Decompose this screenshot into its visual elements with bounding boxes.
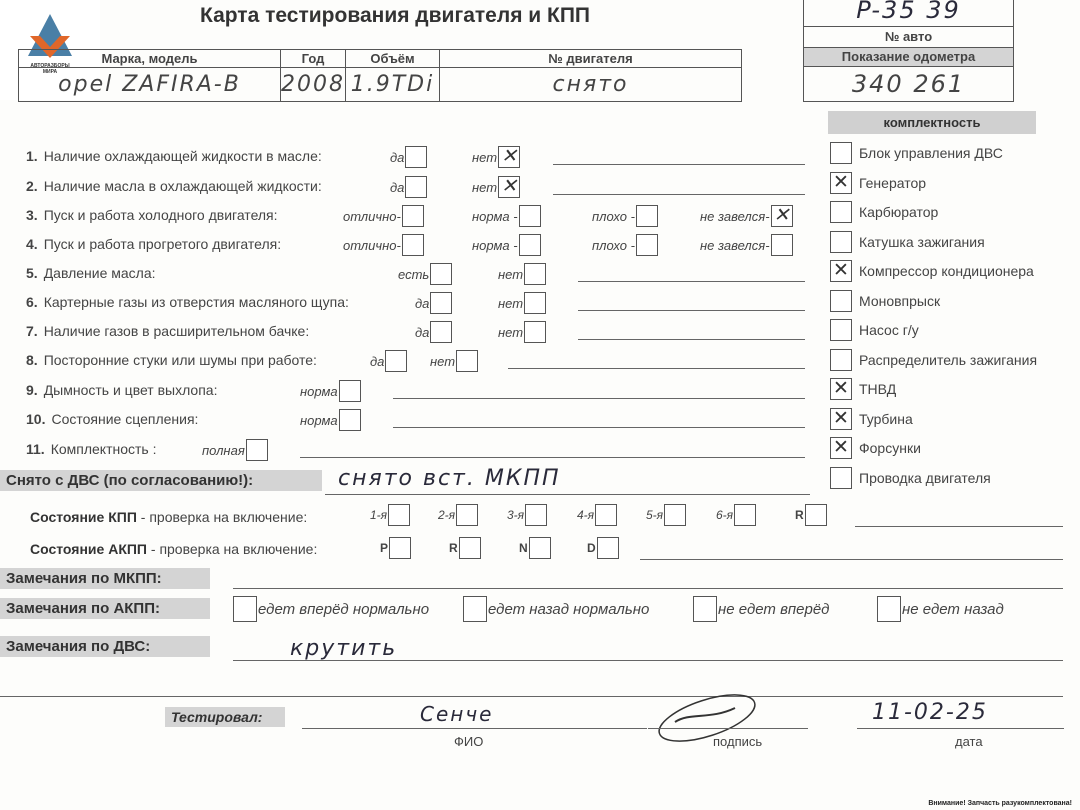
question-text: Состояние сцепления: xyxy=(51,411,198,427)
completeness-item: Распределитель зажигания xyxy=(830,349,1037,371)
akpp-remark-label: едет вперёд нормально xyxy=(258,601,429,618)
option-checkbox[interactable] xyxy=(339,409,361,431)
option-label: да xyxy=(390,180,404,195)
option-label: да xyxy=(370,354,384,369)
gear-label: 5-я xyxy=(646,508,663,522)
completeness-item: ТНВД xyxy=(830,378,896,400)
notes-line[interactable] xyxy=(578,339,805,340)
notes-line[interactable] xyxy=(393,398,805,399)
dvs-remarks-label: Замечания по ДВС: xyxy=(0,636,210,657)
question-number: 10. xyxy=(26,411,45,427)
question-7-option: да xyxy=(415,321,452,343)
option-checkbox[interactable] xyxy=(771,205,793,227)
completeness-item: Турбина xyxy=(830,408,913,430)
question-6: 6.Картерные газы из отверстия масляного … xyxy=(26,294,349,310)
gear-label: R xyxy=(449,541,458,555)
option-checkbox[interactable] xyxy=(339,380,361,402)
question-9-option: норма xyxy=(300,380,361,402)
completeness-checkbox[interactable] xyxy=(830,467,852,489)
kpp-gear-option: 4-я xyxy=(577,504,617,526)
option-label: да xyxy=(390,150,404,165)
akpp-gear-option: N xyxy=(519,537,551,559)
date-caption: дата xyxy=(955,734,983,749)
question-3-option: плохо - xyxy=(592,205,658,227)
page-title: Карта тестирования двигателя и КПП xyxy=(200,4,590,28)
completeness-checkbox[interactable] xyxy=(830,437,852,459)
kpp-gear-option: 5-я xyxy=(646,504,686,526)
question-4-option: не завелся- xyxy=(700,234,793,256)
option-checkbox[interactable] xyxy=(636,234,658,256)
car-number-label: № авто xyxy=(804,26,1013,47)
notes-line[interactable] xyxy=(553,194,805,195)
option-checkbox[interactable] xyxy=(524,292,546,314)
gear-checkbox[interactable] xyxy=(805,504,827,526)
akpp-remark-option: не едет назад xyxy=(877,596,1004,622)
completeness-label: Распределитель зажигания xyxy=(859,352,1037,368)
completeness-checkbox[interactable] xyxy=(830,142,852,164)
question-5: 5.Давление масла: xyxy=(26,265,156,281)
question-text: Наличие охлаждающей жидкости в масле: xyxy=(44,148,322,164)
gear-label: 2-я xyxy=(438,508,455,522)
option-checkbox[interactable] xyxy=(246,439,268,461)
completeness-checkbox[interactable] xyxy=(830,172,852,194)
kpp-gear-option: 3-я xyxy=(507,504,547,526)
question-text: Пуск и работа прогретого двигателя: xyxy=(44,236,281,252)
model-field[interactable]: opel ZAFIRA-B xyxy=(19,68,281,102)
gear-checkbox[interactable] xyxy=(388,504,410,526)
question-4-option: норма - xyxy=(472,234,541,256)
akpp-remark-checkbox[interactable] xyxy=(877,596,901,622)
question-1-option: да xyxy=(390,146,427,168)
completeness-item: Моновпрыск xyxy=(830,290,940,312)
option-label: норма - xyxy=(472,238,518,253)
question-2-option: нет xyxy=(472,176,520,198)
option-label: норма - xyxy=(472,209,518,224)
akpp-label: Состояние АКПП - проверка на включение: xyxy=(30,541,317,557)
option-checkbox[interactable] xyxy=(456,350,478,372)
completeness-checkbox[interactable] xyxy=(830,290,852,312)
gear-checkbox[interactable] xyxy=(389,537,411,559)
option-label: плохо - xyxy=(592,238,635,253)
completeness-label: ТНВД xyxy=(859,381,896,397)
completeness-label: Проводка двигателя xyxy=(859,470,991,486)
option-label: норма xyxy=(300,413,338,428)
completeness-label: Форсунки xyxy=(859,440,921,456)
question-number: 9. xyxy=(26,382,38,398)
akpp-remarks-label: Замечания по АКПП: xyxy=(0,598,210,619)
tested-by-label: Тестировал: xyxy=(165,707,285,727)
option-checkbox[interactable] xyxy=(405,176,427,198)
completeness-checkbox[interactable] xyxy=(830,319,852,341)
kpp-gear-option: 1-я xyxy=(370,504,410,526)
akpp-remark-option: не едет вперёд xyxy=(693,596,829,622)
mkpp-remarks-label: Замечания по МКПП: xyxy=(0,568,210,589)
completeness-header: комплектность xyxy=(828,111,1036,134)
option-label: нет xyxy=(472,150,497,165)
question-3-option: отлично- xyxy=(343,205,424,227)
question-8: 8.Посторонние стуки или шумы при работе: xyxy=(26,352,317,368)
odometer-label: Показание одометра xyxy=(804,47,1013,66)
gear-label: R xyxy=(795,508,804,522)
dvs-remarks-value[interactable]: крутить xyxy=(290,636,397,661)
option-label: нет xyxy=(472,180,497,195)
option-checkbox[interactable] xyxy=(498,146,520,168)
option-label: не завелся- xyxy=(700,209,770,224)
option-checkbox[interactable] xyxy=(519,234,541,256)
vehicle-info-table: Марка, модель Год Объём № двигателя opel… xyxy=(18,49,742,102)
question-3-option: не завелся- xyxy=(700,205,793,227)
gear-checkbox[interactable] xyxy=(456,504,478,526)
completeness-label: Блок управления ДВС xyxy=(859,145,1003,161)
completeness-item: Проводка двигателя xyxy=(830,467,991,489)
question-10: 10.Состояние сцепления: xyxy=(26,411,198,427)
kpp-gear-option: R xyxy=(795,504,827,526)
column-header-engine-number: № двигателя xyxy=(440,50,742,68)
completeness-label: Катушка зажигания xyxy=(859,234,985,250)
option-checkbox[interactable] xyxy=(519,205,541,227)
option-label: нет xyxy=(498,325,523,340)
akpp-remark-option: едет вперёд нормально xyxy=(233,596,429,622)
gear-checkbox[interactable] xyxy=(459,537,481,559)
kpp-gear-option: 2-я xyxy=(438,504,478,526)
gear-label: 3-я xyxy=(507,508,524,522)
completeness-checkbox[interactable] xyxy=(830,408,852,430)
option-checkbox[interactable] xyxy=(405,146,427,168)
question-4-option: отлично- xyxy=(343,234,424,256)
notes-line[interactable] xyxy=(553,164,805,165)
column-header-model: Марка, модель xyxy=(19,50,281,68)
option-checkbox[interactable] xyxy=(498,176,520,198)
question-5-option: нет xyxy=(498,263,546,285)
option-checkbox[interactable] xyxy=(402,205,424,227)
option-label: да xyxy=(415,296,429,311)
gear-checkbox[interactable] xyxy=(597,537,619,559)
completeness-label: Турбина xyxy=(859,411,913,427)
completeness-label: Карбюратор xyxy=(859,204,938,220)
completeness-checkbox[interactable] xyxy=(830,231,852,253)
completeness-checkbox[interactable] xyxy=(830,201,852,223)
completeness-item: Карбюратор xyxy=(830,201,938,223)
question-3-option: норма - xyxy=(472,205,541,227)
completeness-label: Моновпрыск xyxy=(859,293,940,309)
option-label: не завелся- xyxy=(700,238,770,253)
akpp-remark-checkbox[interactable] xyxy=(463,596,487,622)
akpp-remark-label: едет назад нормально xyxy=(488,601,649,618)
question-text: Комплектность : xyxy=(51,441,157,457)
question-4: 4.Пуск и работа прогретого двигателя: xyxy=(26,236,281,252)
akpp-gear-option: P xyxy=(380,537,411,559)
gear-label: 1-я xyxy=(370,508,387,522)
name-caption: ФИО xyxy=(454,734,483,749)
question-1: 1.Наличие охлаждающей жидкости в масле: xyxy=(26,148,322,164)
notes-line[interactable] xyxy=(578,281,805,282)
question-number: 3. xyxy=(26,207,38,223)
akpp-gear-option: D xyxy=(587,537,619,559)
completeness-checkbox[interactable] xyxy=(830,378,852,400)
option-label: отлично- xyxy=(343,238,401,253)
question-text: Давление масла: xyxy=(44,265,156,281)
signature-caption: подпись xyxy=(713,734,762,749)
gear-label: D xyxy=(587,541,596,555)
option-label: нет xyxy=(430,354,455,369)
question-2-option: да xyxy=(390,176,427,198)
question-number: 4. xyxy=(26,236,38,252)
completeness-checkbox[interactable] xyxy=(830,260,852,282)
notes-line[interactable] xyxy=(508,368,805,369)
tester-name-field[interactable]: Сенче xyxy=(420,702,493,726)
completeness-item: Насос г/у xyxy=(830,319,919,341)
question-text: Дымность и цвет выхлопа: xyxy=(44,382,218,398)
completeness-label: Насос г/у xyxy=(859,322,919,338)
completeness-item: Компрессор кондиционера xyxy=(830,260,1034,282)
gear-checkbox[interactable] xyxy=(525,504,547,526)
question-number: 1. xyxy=(26,148,38,164)
option-label: норма xyxy=(300,384,338,399)
gear-checkbox[interactable] xyxy=(664,504,686,526)
option-checkbox[interactable] xyxy=(430,292,452,314)
option-checkbox[interactable] xyxy=(430,321,452,343)
column-header-year: Год xyxy=(281,50,346,68)
akpp-remark-checkbox[interactable] xyxy=(233,596,257,622)
car-info-box: P-35 39 № авто Показание одометра 340 26… xyxy=(803,0,1014,102)
question-11: 11.Комплектность : xyxy=(26,441,157,457)
option-checkbox[interactable] xyxy=(430,263,452,285)
option-checkbox[interactable] xyxy=(636,205,658,227)
option-checkbox[interactable] xyxy=(402,234,424,256)
question-number: 11. xyxy=(26,441,45,457)
option-label: нет xyxy=(498,296,523,311)
kpp-gear-option: 6-я xyxy=(716,504,756,526)
completeness-item: Генератор xyxy=(830,172,926,194)
completeness-label: Генератор xyxy=(859,175,926,191)
akpp-remark-label: не едет вперёд xyxy=(718,601,829,618)
gear-label: P xyxy=(380,541,388,555)
odometer-field[interactable]: 340 261 xyxy=(804,66,1013,101)
option-label: есть xyxy=(398,267,429,282)
gear-label: 4-я xyxy=(577,508,594,522)
question-4-option: плохо - xyxy=(592,234,658,256)
question-8-option: нет xyxy=(430,350,478,372)
date-field[interactable]: 11-02-25 xyxy=(872,700,988,725)
question-text: Посторонние стуки или шумы при работе: xyxy=(44,352,317,368)
akpp-gear-option: R xyxy=(449,537,481,559)
option-label: нет xyxy=(498,267,523,282)
akpp-remark-label: не едет назад xyxy=(902,601,1004,618)
gear-checkbox[interactable] xyxy=(595,504,617,526)
akpp-remark-option: едет назад нормально xyxy=(463,596,649,622)
question-5-option: есть xyxy=(398,263,452,285)
option-checkbox[interactable] xyxy=(524,263,546,285)
year-field[interactable]: 2008 xyxy=(281,68,346,102)
completeness-label: Компрессор кондиционера xyxy=(859,263,1034,279)
kpp-label: Состояние КПП - проверка на включение: xyxy=(30,509,307,525)
gear-checkbox[interactable] xyxy=(529,537,551,559)
removed-label: Снято с ДВС (по согласованию!): xyxy=(0,470,322,491)
notes-line[interactable] xyxy=(300,457,805,458)
notes-line[interactable] xyxy=(578,310,805,311)
question-1-option: нет xyxy=(472,146,520,168)
option-checkbox[interactable] xyxy=(385,350,407,372)
car-number-field[interactable]: P-35 39 xyxy=(804,0,1013,26)
option-checkbox[interactable] xyxy=(771,234,793,256)
question-11-option: полная xyxy=(202,439,268,461)
completeness-item: Блок управления ДВС xyxy=(830,142,1003,164)
question-text: Картерные газы из отверстия масляного щу… xyxy=(44,294,349,310)
option-label: плохо - xyxy=(592,209,635,224)
question-text: Пуск и работа холодного двигателя: xyxy=(44,207,278,223)
question-3: 3.Пуск и работа холодного двигателя: xyxy=(26,207,278,223)
question-6-option: нет xyxy=(498,292,546,314)
question-8-option: да xyxy=(370,350,407,372)
question-number: 8. xyxy=(26,352,38,368)
akpp-remark-checkbox[interactable] xyxy=(693,596,717,622)
option-checkbox[interactable] xyxy=(524,321,546,343)
question-number: 5. xyxy=(26,265,38,281)
completeness-item: Форсунки xyxy=(830,437,921,459)
removed-value[interactable]: снято вст. МКПП xyxy=(338,466,561,491)
volume-field[interactable]: 1.9TDi xyxy=(346,68,440,102)
question-6-option: да xyxy=(415,292,452,314)
question-number: 7. xyxy=(26,323,38,339)
question-number: 2. xyxy=(26,178,38,194)
question-7-option: нет xyxy=(498,321,546,343)
warning-text: Внимание! Запчасть разукомплектована! xyxy=(928,800,1072,807)
question-number: 6. xyxy=(26,294,38,310)
completeness-item: Катушка зажигания xyxy=(830,231,985,253)
notes-line[interactable] xyxy=(393,427,805,428)
question-2: 2.Наличие масла в охлаждающей жидкости: xyxy=(26,178,322,194)
option-label: отлично- xyxy=(343,209,401,224)
question-7: 7.Наличие газов в расширительном бачке: xyxy=(26,323,309,339)
column-header-volume: Объём xyxy=(346,50,440,68)
gear-checkbox[interactable] xyxy=(734,504,756,526)
completeness-checkbox[interactable] xyxy=(830,349,852,371)
engine-number-field[interactable]: снято xyxy=(440,68,742,102)
option-label: да xyxy=(415,325,429,340)
question-text: Наличие газов в расширительном бачке: xyxy=(44,323,310,339)
question-9: 9.Дымность и цвет выхлопа: xyxy=(26,382,217,398)
question-10-option: норма xyxy=(300,409,361,431)
option-label: полная xyxy=(202,443,245,458)
question-text: Наличие масла в охлаждающей жидкости: xyxy=(44,178,322,194)
gear-label: 6-я xyxy=(716,508,733,522)
gear-label: N xyxy=(519,541,528,555)
